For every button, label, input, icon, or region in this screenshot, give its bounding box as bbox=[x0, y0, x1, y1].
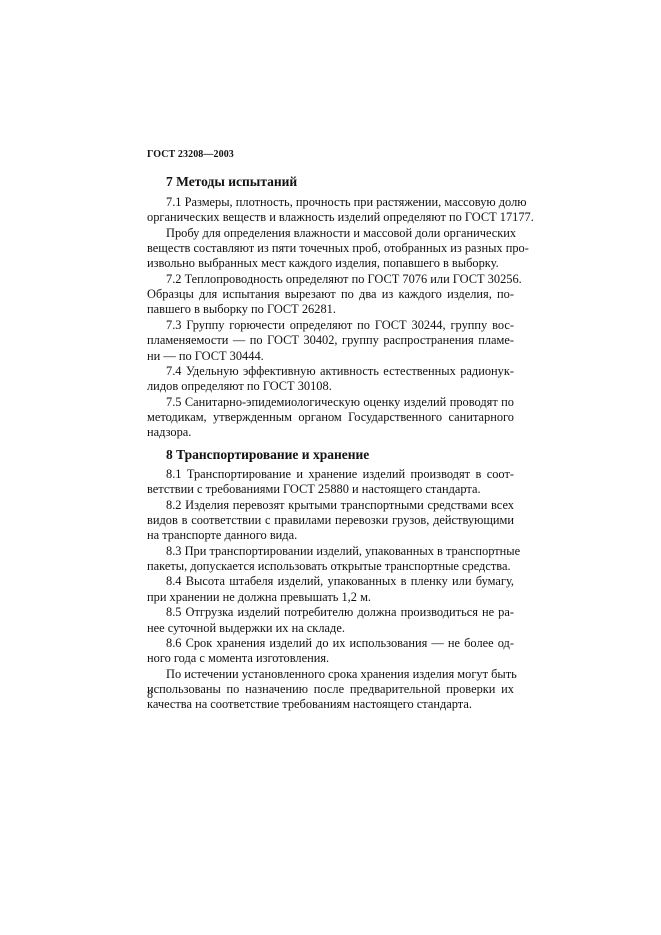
text-line: видов в соответствии с правилами перевоз… bbox=[147, 513, 514, 528]
text-line: 7.4 Удельную эффективную активность есте… bbox=[166, 364, 514, 379]
text-line: пакеты, допускается использовать открыты… bbox=[147, 559, 514, 574]
text-line: лидов определяют по ГОСТ 30108. bbox=[147, 379, 514, 394]
text-line: ни — по ГОСТ 30444. bbox=[147, 349, 514, 364]
text-line: использованы по назначению после предвар… bbox=[147, 682, 514, 697]
text-line: ного года с момента изготовления. bbox=[147, 651, 514, 666]
text-line: 7.1 Размеры, плотность, прочность при ра… bbox=[166, 195, 514, 210]
text-line: пламеняемости — по ГОСТ 30402, группу ра… bbox=[147, 333, 514, 348]
text-line: Образцы для испытания вырезают по два из… bbox=[147, 287, 514, 302]
section-title-8: 8 Транспортирование и хранение bbox=[166, 447, 369, 463]
text-line: качества на соответствие требованиям нас… bbox=[147, 697, 514, 712]
text-line: 8.1 Транспортирование и хранение изделий… bbox=[166, 467, 514, 482]
text-line: ветствии с требованиями ГОСТ 25880 и нас… bbox=[147, 482, 514, 497]
section-title-7: 7 Методы испытаний bbox=[166, 174, 297, 190]
text-line: 8.3 При транспортировании изделий, упако… bbox=[166, 544, 514, 559]
text-line: павшего в выборку по ГОСТ 26281. bbox=[147, 302, 514, 317]
text-line: надзора. bbox=[147, 425, 514, 440]
text-line: 7.3 Группу горючести определяют по ГОСТ … bbox=[166, 318, 514, 333]
document-page: ГОСТ 23208—2003 7 Методы испытаний 7.1 Р… bbox=[0, 0, 661, 935]
text-line: нее суточной выдержки их на складе. bbox=[147, 621, 514, 636]
page-number: 8 bbox=[147, 687, 153, 702]
text-line: извольно выбранных мест каждого изделия,… bbox=[147, 256, 514, 271]
text-line: 7.5 Санитарно-эпидемиологическую оценку … bbox=[166, 395, 514, 410]
text-line: По истечении установленного срока хранен… bbox=[166, 667, 514, 682]
text-line: органических веществ и влажность изделий… bbox=[147, 210, 514, 225]
text-line: веществ составляют из пяти точечных проб… bbox=[147, 241, 514, 256]
text-line: 8.2 Изделия перевозят крытыми транспортн… bbox=[166, 498, 514, 513]
text-line: Пробу для определения влажности и массов… bbox=[166, 226, 514, 241]
text-line: на транспорте данного вида. bbox=[147, 528, 514, 543]
text-line: 8.4 Высота штабеля изделий, упакованных … bbox=[166, 574, 514, 589]
text-line: 7.2 Теплопроводность определяют по ГОСТ … bbox=[166, 272, 514, 287]
text-line: при хранении не должна превышать 1,2 м. bbox=[147, 590, 514, 605]
text-line: методикам, утвержденным органом Государс… bbox=[147, 410, 514, 425]
text-line: 8.6 Срок хранения изделий до их использо… bbox=[166, 636, 514, 651]
document-header: ГОСТ 23208—2003 bbox=[147, 149, 234, 160]
text-line: 8.5 Отгрузка изделий потребителю должна … bbox=[166, 605, 514, 620]
